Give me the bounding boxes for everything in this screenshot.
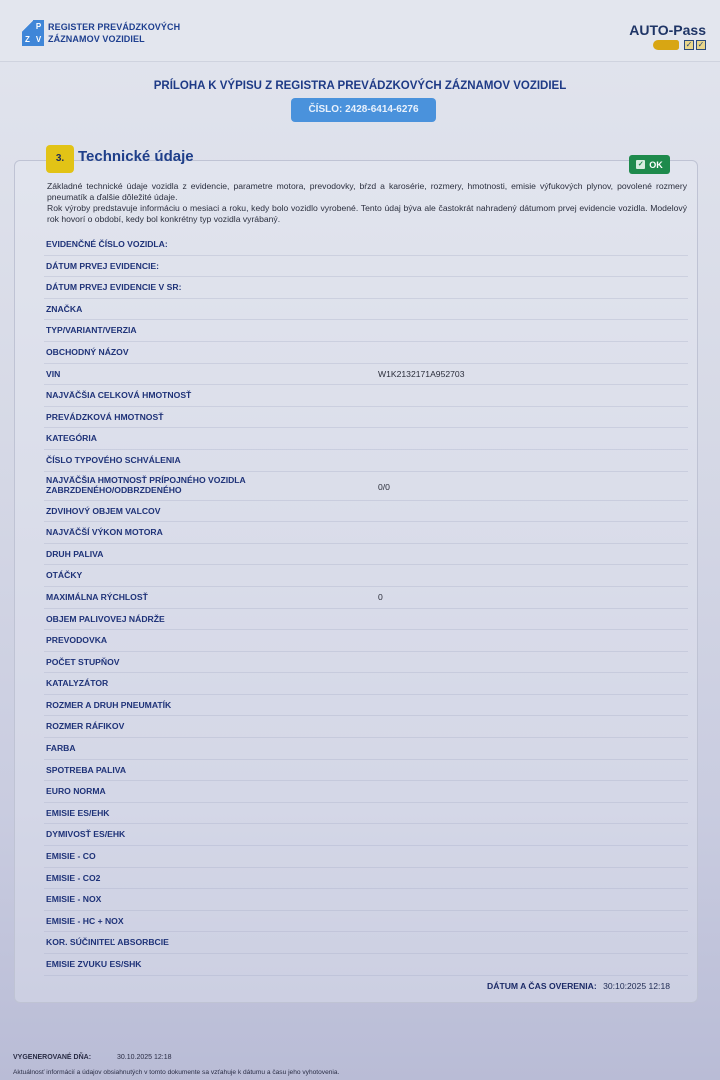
generated-on: VYGENEROVANÉ DŇA: 30.10.2025 12:18 [13, 1054, 172, 1061]
table-row: DÁTUM PRVEJ EVIDENCIE V SR: [44, 277, 688, 299]
table-row: EMISIE - NOX [44, 889, 688, 911]
row-label: DÁTUM PRVEJ EVIDENCIE V SR: [46, 282, 366, 292]
rpzv-logo-icon: P Z V [22, 20, 44, 46]
row-label: SPOTREBA PALIVA [46, 765, 366, 775]
table-row: ČÍSLO TYPOVÉHO SCHVÁLENIA [44, 450, 688, 472]
row-label: ZDVIHOVÝ OBJEM VALCOV [46, 506, 366, 516]
logo-line-2: ZÁZNAMOV VOZIDIEL [48, 33, 180, 45]
row-label: ROZMER RÁFIKOV [46, 721, 366, 731]
table-row: OTÁČKY [44, 565, 688, 587]
page-header: P Z V REGISTER PREVÁDZKOVÝCH ZÁZNAMOV VO… [0, 0, 720, 62]
description-paragraph: Základné technické údaje vozidla z evide… [47, 181, 687, 202]
section-title: Technické údaje [78, 148, 194, 165]
table-row: KATEGÓRIA [44, 428, 688, 450]
verification-value: 30:10:2025 12:18 [603, 981, 670, 991]
table-row: SPOTREBA PALIVA [44, 760, 688, 782]
table-row: DYMIVOSŤ ES/EHK [44, 824, 688, 846]
row-label: EMISIE - CO2 [46, 873, 366, 883]
logo-letter: P [33, 20, 44, 33]
table-row: EVIDENČNÉ ČÍSLO VOZIDLA: [44, 234, 688, 256]
row-value: W1K2132171A952703 [378, 369, 465, 379]
table-row: KATALYZÁTOR [44, 673, 688, 695]
row-label: MAXIMÁLNA RÝCHLOSŤ [46, 592, 366, 602]
section-number-badge: 3. [46, 145, 74, 173]
document-title: PRÍLOHA K VÝPISU Z REGISTRA PREVÁDZKOVÝC… [0, 80, 720, 92]
rpzv-logo: P Z V REGISTER PREVÁDZKOVÝCH ZÁZNAMOV VO… [22, 20, 180, 46]
table-row: PREVODOVKA [44, 630, 688, 652]
row-label: EMISIE ES/EHK [46, 808, 366, 818]
table-row: ROZMER RÁFIKOV [44, 716, 688, 738]
table-row: NAJVÄČŠÍ VÝKON MOTORA [44, 522, 688, 544]
table-row: ROZMER A DRUH PNEUMATÍK [44, 695, 688, 717]
row-value: 0/0 [378, 482, 390, 492]
document-number-badge: ČÍSLO: 2428-6414-6276 [291, 98, 436, 122]
table-row: MAXIMÁLNA RÝCHLOSŤ0 [44, 587, 688, 609]
table-row: ZNAČKA [44, 299, 688, 321]
row-label: EMISIE - NOX [46, 894, 366, 904]
row-label: EMISIE - CO [46, 851, 366, 861]
row-label: EMISIE - HC + NOX [46, 916, 366, 926]
table-row: PREVÁDZKOVÁ HMOTNOSŤ [44, 407, 688, 429]
table-row: DÁTUM PRVEJ EVIDENCIE: [44, 256, 688, 278]
check-box-icon: ✓ [696, 40, 706, 50]
table-row: EMISIE - CO2 [44, 868, 688, 890]
autopass-brand: AUTO-Pass ✓ ✓ [629, 22, 706, 50]
autopass-title: AUTO-Pass [629, 22, 706, 38]
row-label: KOR. SÚČINITEĽ ABSORBCIE [46, 937, 366, 947]
row-label: NAJVÄČŠIA HMOTNOSŤ PRÍPOJNÉHO VOZIDLA ZA… [46, 475, 366, 495]
row-label: NAJVÄČŠÍ VÝKON MOTORA [46, 527, 366, 537]
table-row: EMISIE ES/EHK [44, 803, 688, 825]
row-label: DYMIVOSŤ ES/EHK [46, 829, 366, 839]
logo-text: REGISTER PREVÁDZKOVÝCH ZÁZNAMOV VOZIDIEL [48, 21, 180, 45]
table-row: POČET STUPŇOV [44, 652, 688, 674]
section-description: Základné technické údaje vozidla z evide… [47, 181, 687, 224]
row-label: ZNAČKA [46, 304, 366, 314]
table-row: DRUH PALIVA [44, 544, 688, 566]
table-row: EMISIE - HC + NOX [44, 911, 688, 933]
technical-data-table: EVIDENČNÉ ČÍSLO VOZIDLA:DÁTUM PRVEJ EVID… [44, 234, 688, 976]
verification-datetime: DÁTUM A ČAS OVERENIA: 30:10:2025 12:18 [487, 981, 670, 991]
row-label: ROZMER A DRUH PNEUMATÍK [46, 700, 366, 710]
row-value: 0 [378, 592, 383, 602]
logo-letter: Z [22, 33, 33, 46]
footer-note: Aktuálnosť informácií a údajov obsiahnut… [13, 1069, 339, 1076]
row-label: EURO NORMA [46, 786, 366, 796]
generated-value: 30.10.2025 12:18 [117, 1054, 172, 1061]
row-label: NAJVÄČŠIA CELKOVÁ HMOTNOSŤ [46, 390, 366, 400]
row-label: POČET STUPŇOV [46, 657, 366, 667]
status-badge: ✓ OK [629, 155, 670, 174]
generated-label: VYGENEROVANÉ DŇA: [13, 1054, 91, 1061]
key-icon [653, 40, 679, 50]
row-label: TYP/VARIANT/VERZIA [46, 325, 366, 335]
table-row: VINW1K2132171A952703 [44, 364, 688, 386]
row-label: EVIDENČNÉ ČÍSLO VOZIDLA: [46, 239, 366, 249]
description-paragraph: Rok výroby predstavuje informáciu o mesi… [47, 203, 687, 224]
row-label: KATALYZÁTOR [46, 678, 366, 688]
check-box-icon: ✓ [684, 40, 694, 50]
row-label: OBCHODNÝ NÁZOV [46, 347, 366, 357]
logo-line-1: REGISTER PREVÁDZKOVÝCH [48, 21, 180, 33]
table-row: ZDVIHOVÝ OBJEM VALCOV [44, 501, 688, 523]
logo-letter: V [33, 33, 44, 46]
row-label: OTÁČKY [46, 570, 366, 580]
table-row: KOR. SÚČINITEĽ ABSORBCIE [44, 932, 688, 954]
row-label: DRUH PALIVA [46, 549, 366, 559]
row-label: PREVÁDZKOVÁ HMOTNOSŤ [46, 412, 366, 422]
verification-label: DÁTUM A ČAS OVERENIA: [487, 981, 597, 991]
row-label: PREVODOVKA [46, 635, 366, 645]
row-label: KATEGÓRIA [46, 433, 366, 443]
row-label: EMISIE ZVUKU ES/SHK [46, 959, 366, 969]
row-label: DÁTUM PRVEJ EVIDENCIE: [46, 261, 366, 271]
table-row: OBJEM PALIVOVEJ NÁDRŽE [44, 609, 688, 631]
table-row: OBCHODNÝ NÁZOV [44, 342, 688, 364]
table-row: EMISIE ZVUKU ES/SHK [44, 954, 688, 976]
table-row: EMISIE - CO [44, 846, 688, 868]
table-row: NAJVÄČŠIA HMOTNOSŤ PRÍPOJNÉHO VOZIDLA ZA… [44, 472, 688, 501]
row-label: ČÍSLO TYPOVÉHO SCHVÁLENIA [46, 455, 366, 465]
row-label: OBJEM PALIVOVEJ NÁDRŽE [46, 614, 366, 624]
table-row: NAJVÄČŠIA CELKOVÁ HMOTNOSŤ [44, 385, 688, 407]
table-row: EURO NORMA [44, 781, 688, 803]
status-label: OK [649, 160, 663, 170]
row-label: VIN [46, 369, 366, 379]
check-square-icon: ✓ [636, 160, 645, 169]
row-label: FARBA [46, 743, 366, 753]
table-row: FARBA [44, 738, 688, 760]
table-row: TYP/VARIANT/VERZIA [44, 320, 688, 342]
